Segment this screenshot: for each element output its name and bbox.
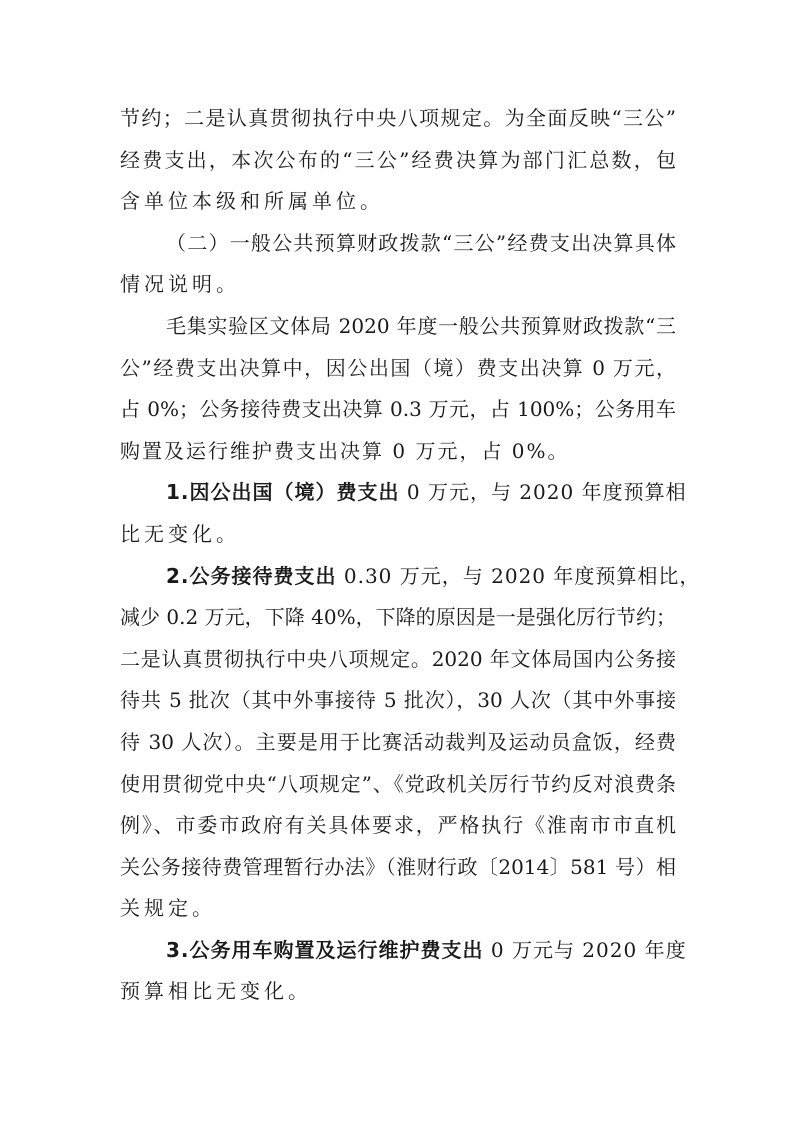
text-line: 占 0%；公务接待费支出决算 0.3 万元，占 100%；公务用车 (120, 389, 676, 431)
text-line: 使用贯彻党中央“八项规定”、《党政机关厉行节约反对浪费条 (120, 764, 676, 806)
text-line: 待共 5 批次（其中外事接待 5 批次），30 人次（其中外事接 (120, 680, 676, 722)
text-line: 关规定。 (120, 888, 676, 930)
item-heading: 3.公务用车购置及运行维护费支出 (166, 930, 484, 972)
text-line: 待 30 人次）。主要是用于比赛活动裁判及运动员盒饭，经费 (120, 722, 676, 764)
text-line: 减少 0.2 万元，下降 40%，下降的原因是一是强化厉行节约； (120, 597, 676, 639)
text-line: 公”经费支出决算中，因公出国（境）费支出决算 0 万元， (120, 348, 676, 390)
text-line: 经费支出，本次公布的“三公”经费决算为部门汇总数，包 (120, 140, 676, 182)
section-heading: （二）一般公共预算财政拨款“三公”经费支出决算具体 情况说明。 (120, 223, 676, 306)
text-line: 购置及运行维护费支出决算 0 万元，占 0%。 (120, 431, 676, 473)
text-line: 二是认真贯彻执行中央八项规定。2020 年文体局国内公务接 (120, 639, 676, 681)
text-line: 预算相比无变化。 (120, 971, 676, 1013)
item-3-vehicles: 3.公务用车购置及运行维护费支出 0 万元与 2020 年度 预算相比无变化。 (120, 930, 676, 1013)
text-line: 比无变化。 (120, 514, 676, 556)
text-line: 3.公务用车购置及运行维护费支出 0 万元与 2020 年度 (120, 930, 676, 972)
text-line: （二）一般公共预算财政拨款“三公”经费支出决算具体 (120, 223, 676, 265)
text-line: 节约；二是认真贯彻执行中央八项规定。为全面反映“三公” (120, 98, 676, 140)
text-line: 毛集实验区文体局 2020 年度一般公共预算财政拨款“三 (120, 306, 676, 348)
text-line: 含单位本级和所属单位。 (120, 181, 676, 223)
paragraph-intro-tail: 节约；二是认真贯彻执行中央八项规定。为全面反映“三公” 经费支出，本次公布的“三… (120, 98, 676, 223)
item-1-overseas-travel: 1.因公出国（境）费支出 0 万元，与 2020 年度预算相 比无变化。 (120, 472, 676, 555)
item-heading: 1.因公出国（境）费支出 (166, 472, 400, 514)
text-line: 例》、市委市政府有关具体要求，严格执行《淮南市市直机 (120, 805, 676, 847)
item-2-reception: 2.公务接待费支出 0.30 万元，与 2020 年度预算相比， 减少 0.2 … (120, 556, 676, 930)
paragraph-summary: 毛集实验区文体局 2020 年度一般公共预算财政拨款“三 公”经费支出决算中，因… (120, 306, 676, 472)
text-line: 关公务接待费管理暂行办法》（淮财行政〔2014〕581 号）相 (120, 847, 676, 889)
document-page: 节约；二是认真贯彻执行中央八项规定。为全面反映“三公” 经费支出，本次公布的“三… (120, 98, 676, 1013)
text-line: 1.因公出国（境）费支出 0 万元，与 2020 年度预算相 (120, 472, 676, 514)
text-line: 2.公务接待费支出 0.30 万元，与 2020 年度预算相比， (120, 556, 676, 598)
text-line: 情况说明。 (120, 264, 676, 306)
item-heading: 2.公务接待费支出 (166, 556, 337, 598)
